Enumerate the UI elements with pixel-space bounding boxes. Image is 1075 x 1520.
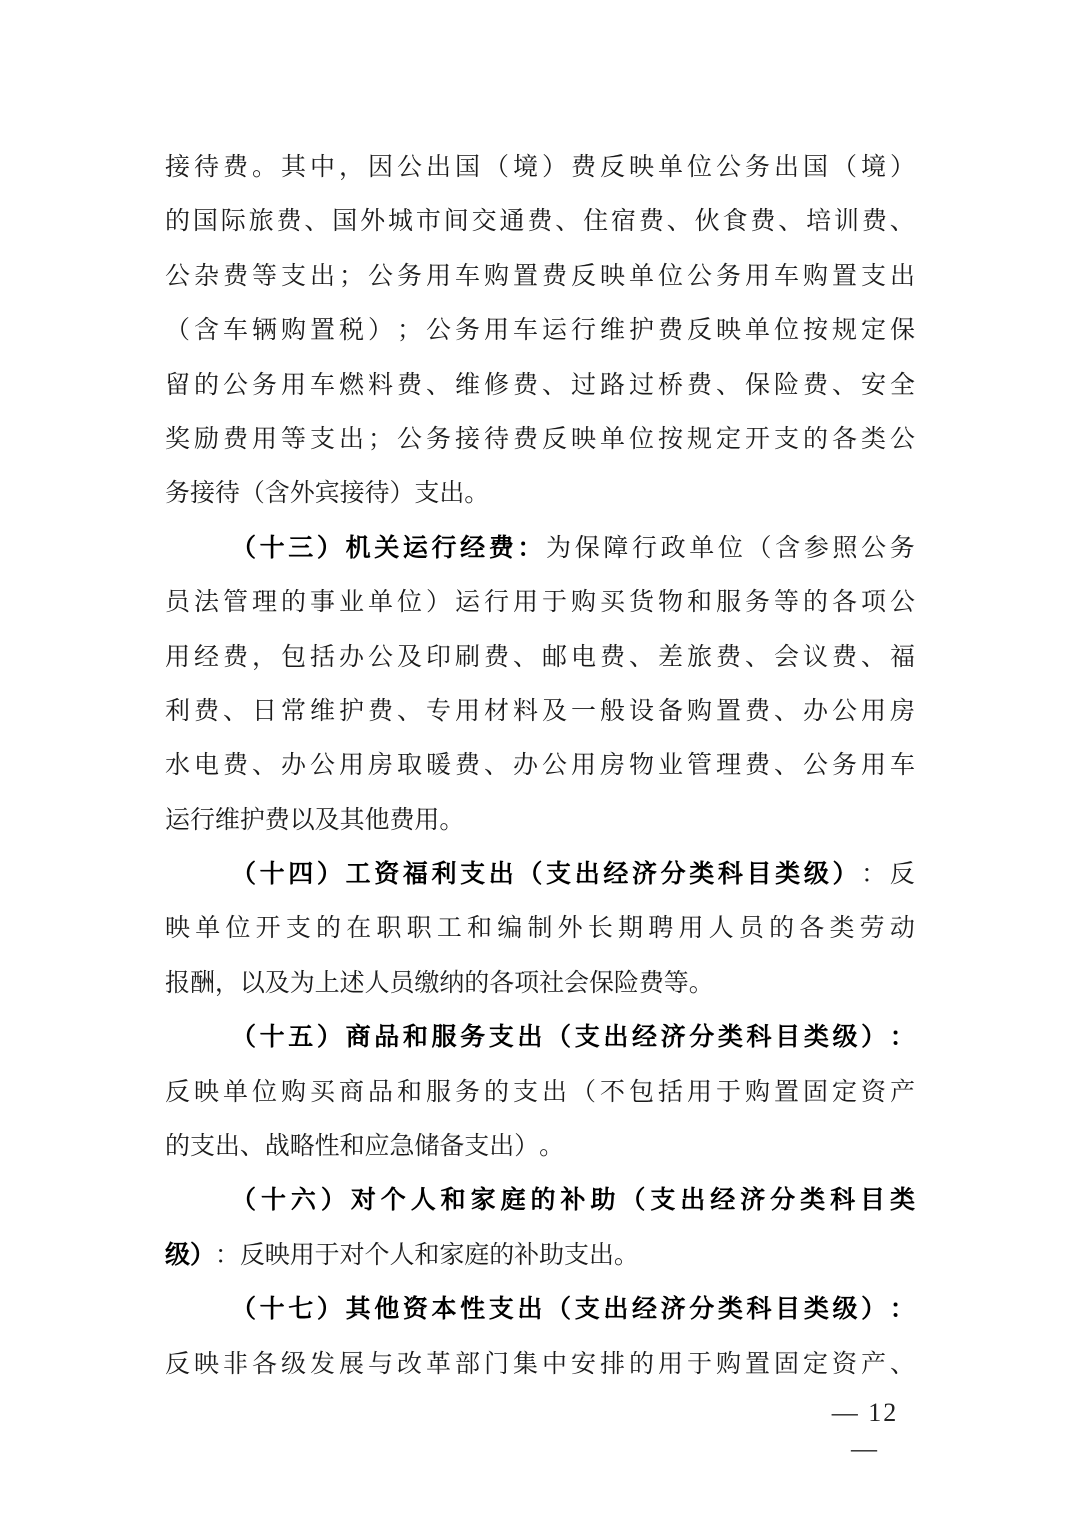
text-line: 公杂费等支出；公务用车购置费反映单位公务用车购置支出	[165, 249, 915, 303]
text-line: 利费、日常维护费、专用材料及一般设备购置费、办公用房	[165, 684, 915, 738]
text-line: 用经费，包括办公及印刷费、邮电费、差旅费、会议费、福	[165, 630, 915, 684]
text-line: 接待费。其中，因公出国（境）费反映单位公务出国（境）	[165, 140, 915, 194]
paragraph-first-line: （十三）机关运行经费：为保障行政单位（含参照公务	[165, 521, 915, 575]
document-page: 接待费。其中，因公出国（境）费反映单位公务出国（境）的国际旅费、国外城市间交通费…	[0, 0, 1075, 1520]
text-line: 的支出、战略性和应急储备支出）。	[165, 1119, 915, 1173]
paragraph-first-line: （十七）其他资本性支出（支出经济分类科目类级）：	[165, 1282, 915, 1336]
text-line: 员法管理的事业单位）运行用于购买货物和服务等的各项公	[165, 575, 915, 629]
body-text: 接待费。其中，因公出国（境）费反映单位公务出国（境）的国际旅费、国外城市间交通费…	[165, 140, 915, 1391]
text-line: 报酬，以及为上述人员缴纳的各项社会保险费等。	[165, 956, 915, 1010]
text-line: 反映非各级发展与改革部门集中安排的用于购置固定资产、	[165, 1337, 915, 1391]
page-number: — 12 —	[815, 1395, 915, 1431]
text-line: 奖励费用等支出；公务接待费反映单位按规定开支的各类公	[165, 412, 915, 466]
text-line: 级）：反映用于对个人和家庭的补助支出。	[165, 1228, 915, 1282]
paragraph-first-line: （十六）对个人和家庭的补助（支出经济分类科目类	[165, 1173, 915, 1227]
text-line: 水电费、办公用房取暖费、办公用房物业管理费、公务用车	[165, 738, 915, 792]
text-line: 运行维护费以及其他费用。	[165, 793, 915, 847]
text-line: 留的公务用车燃料费、维修费、过路过桥费、保险费、安全	[165, 358, 915, 412]
text-line: 反映单位购买商品和服务的支出（不包括用于购置固定资产	[165, 1065, 915, 1119]
paragraph-first-line: （十五）商品和服务支出（支出经济分类科目类级）：	[165, 1010, 915, 1064]
paragraph-first-line: （十四）工资福利支出（支出经济分类科目类级）：反	[165, 847, 915, 901]
text-line: 映单位开支的在职职工和编制外长期聘用人员的各类劳动	[165, 901, 915, 955]
text-line: 的国际旅费、国外城市间交通费、住宿费、伙食费、培训费、	[165, 194, 915, 248]
text-line: 务接待（含外宾接待）支出。	[165, 466, 915, 520]
text-line: （含车辆购置税）；公务用车运行维护费反映单位按规定保	[165, 303, 915, 357]
